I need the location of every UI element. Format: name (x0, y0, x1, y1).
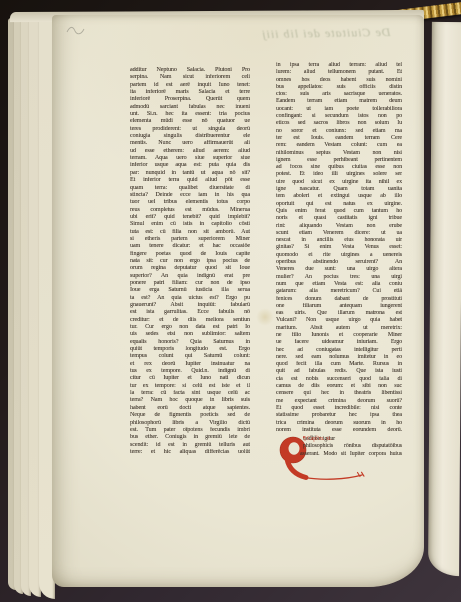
text-line: Et inferior terra quid aliud pōt esse (130, 177, 250, 184)
text-line: additur Neptuno Salacia. Plutoni Pro (130, 67, 250, 74)
text-line: operibus abstinendo seruirent? An (276, 259, 402, 266)
text-column-right: in ipsa terra aliud terram: aliud tellur… (276, 62, 402, 434)
text-line: ter est Iouis. eandem terram Cere (276, 135, 402, 142)
text-line: uis sedes etsi non sublimior: saltem (130, 331, 250, 338)
text-line: noris et quasi castitatis igni tribue (276, 215, 402, 222)
pencil-squiggle-mark (66, 25, 86, 37)
text-line: cia est nobis succenseri quod talia di (276, 376, 402, 383)
text-line: fenices donum dabant de prostituti (276, 296, 402, 303)
text-line: serpina. Nam sicut inferiorem celi (130, 74, 250, 81)
text-line: superior? An quia indignū erat pre (130, 273, 250, 280)
text-line: ubi erit? quid tenebit? quid implebit? (130, 214, 250, 221)
text-line: inferior usque aqua est: puta quia dis (130, 162, 250, 169)
text-line: camus de diis eorum: et sibi non suc (276, 383, 402, 390)
text-line: orum regina deputatur quod sit Ioue (130, 265, 250, 272)
text-line: gatarum: alia meretricum? Cui etiā (276, 288, 402, 295)
paper-stain (256, 308, 274, 326)
text-line: gnauerunt? Absit inquiūt: fabularū (130, 302, 250, 309)
text-line: tempus colunt qui Saturnū colunt: (130, 353, 250, 360)
text-line: Ioue erga Saturnū iusticia illa serua (130, 287, 250, 294)
text-line: Vulcani? Non usque uirgo quia habet (276, 317, 402, 324)
text-line: maritum. Absit autem ut meretrix: (276, 325, 402, 332)
text-line: num que etiam Vesta est: alia coniu (276, 281, 402, 288)
text-line: nere. sed eam nolumus imitetur in eo (276, 354, 402, 361)
text-line: ud esse etherem: aliud aerem: aliud (130, 148, 250, 155)
text-line: par: nunquid in tantū ut aqua nō sit? (130, 170, 250, 177)
text-line: uam tenere dicatur: et hac occasiōe (130, 243, 250, 250)
text-line: nata sit: cur non ergo ipsa pocius de (130, 258, 250, 265)
text-line: trica crimina deorum suorum in ho (276, 420, 402, 427)
text-line: creditur: et de diis meliora sentiun (130, 317, 250, 324)
text-line: rem: eandem Vestam colunt: cum ea (276, 142, 402, 149)
text-line: ta est? An quia uictus est? Ergo pu (130, 295, 250, 302)
text-line: terra? Nam hoc quoque in libris suis (130, 397, 250, 404)
text-line: Eandem terram etiam matrem deum (276, 98, 402, 105)
text-line: bus appellatos: suis officiis distin (276, 84, 402, 91)
text-line: equalis honoris? Quia Saturnus in (130, 339, 250, 346)
text-line: reus completus est mūdus. Minerua (130, 207, 250, 214)
text-line: terre: et hic aliquas differēcias uolūt (130, 449, 250, 456)
text-line: est ista garrulitas. Ecce fabulis nō (130, 309, 250, 316)
text-line: nihilominus sepius Vestam non nisi (276, 150, 402, 157)
text-line: stincta? Deinde ecce iam in his qua (130, 192, 250, 199)
text-line: oportuit qui est natus ex uirgine. (276, 201, 402, 208)
text-line: fingere poetas quod de Iouis capite (130, 251, 250, 258)
text-line: et rex deorū Iupiter insinuatur na (130, 361, 250, 368)
text-line: ue facere uideamur iniuriam. Ergo (276, 339, 402, 346)
text-line: Quis enim ferat quod cum tantum ho (276, 208, 402, 215)
text-line: hec ad coniugatas intelligitur perti (276, 347, 402, 354)
text-line: no soror et coniunx: sed etiam ma (276, 128, 402, 135)
text-line: quomodo ei rite uirgines a uenereis (276, 252, 402, 259)
text-line: tus ex tempore. Quid.n. indignū di (130, 368, 250, 375)
chapter-line-3: asserant. Modo sit Iupiter corpora huius (276, 451, 402, 458)
text-line: tuor uel tribus elementis totus corpo (130, 199, 250, 206)
right-page-fore-edge (428, 22, 461, 576)
text-line: ad focos sine quibus ciuitas esse non (276, 164, 402, 171)
chapter-rubric: ¶ Capl'm. xi. (303, 436, 332, 443)
text-line: si etheris partem superiorem Miner (130, 236, 250, 243)
text-line: quit ad fabulas redis. Que ista iusti (276, 368, 402, 375)
text-line: potest. Et ideo illi uirgines solere ser (276, 171, 402, 178)
text-line: terram. Aqua uero siue superior siue (130, 155, 250, 162)
text-line: ita inferiorē maris Salacia et terre (130, 89, 250, 96)
text-line: Simul enim cū istis in capitolio cōsti (130, 221, 250, 228)
chapter-line-1: uodlibet igitur ¶ Capl'm. xi. (276, 436, 402, 443)
text-line: coniugia singulis distribuerentur ele (130, 133, 250, 140)
text-line: confingant: si secundum istos non po (276, 113, 402, 120)
text-line: ne filio Iunonis et cooperarie Miner (276, 332, 402, 339)
text-line: citur cū Iupiter et Iuno nati dicun (130, 375, 250, 382)
text-line: omnes hos deos habent suis nomini (276, 77, 402, 84)
text-line: habent eorū docti atque sapientes. (130, 405, 250, 412)
text-line: Veneres due sunt: una uirgo altera (276, 266, 402, 273)
text-line: censere qui hec in theatris libentissi (276, 390, 402, 397)
text-line: unt. Si.n. hec ita essent: tria pocius (130, 111, 250, 118)
text-line: quiūt temporis longitudo est. Ergo (130, 346, 250, 353)
text-line: eticos sed sacros libros non solum Iu (276, 120, 402, 127)
text-line: Neque de figmentis poeticis sed de (130, 412, 250, 419)
text-line: tem aboleri et extingui usque ab illo (276, 193, 402, 200)
text-line: statissime probaretur hec ipsa thea (276, 412, 402, 419)
text-line: ginitas? Si enim Vesta Venus esset: (276, 244, 402, 251)
text-line: uire quod sicut ex uirgine ita nihil ex (276, 179, 402, 186)
text-line: bus ether. Coniugis in gremiū lete de (130, 434, 250, 441)
text-line: in ipsa terra aliud terram: aliud tel (276, 62, 402, 69)
text-line: la terra: cū facta sint usque celū ac (130, 390, 250, 397)
text-line: ignem esse perhibeant pertinentem (276, 157, 402, 164)
text-line: scunt etiam Venerem dicere: ut ua (276, 230, 402, 237)
text-line: uocant: ut iam poete tollerabiliora (276, 106, 402, 113)
showthrough-running-title: De Ciuitate dei lib iiij (238, 24, 414, 49)
text-line: partem id est aerē inquit Iuno tenet: (130, 82, 250, 89)
text-line: teres prodiderent: ut singula deorū (130, 126, 250, 133)
text-column-left: additur Neptuno Salacia. Plutoni Proserp… (130, 67, 250, 456)
text-line: elementa mūdi esse nō quatuor ue (130, 118, 250, 125)
text-line: eas uiris. Que illarum matrona est (276, 310, 402, 317)
text-line: inferiorē Proserpina. Querūt quem (130, 96, 250, 103)
text-line: tuta est: cū filia non sit amborū. Aut (130, 229, 250, 236)
text-line: igne nascatur. Quam totam uanita (276, 186, 402, 193)
text-line: Et quod esset incredibile: nisi conte (276, 405, 402, 412)
text-line: mulier? An pocius tres: una uirgi (276, 274, 402, 281)
text-line: admodū sarciant fabulas nec inueni (130, 104, 250, 111)
text-line: ctos: suis aris sacrisque ueneratos. (276, 91, 402, 98)
text-line: philosophorū libris a Virgilio dictū (130, 420, 250, 427)
text-line: me expectant crimina deorum suorū? (276, 398, 402, 405)
text-line: quam terra: qualibet diuersitate di (130, 185, 250, 192)
text-line: tur. Cur ergo non data est patri Io (130, 324, 250, 331)
text-line: scendit: id est in gremiū telluris aut (130, 442, 250, 449)
chapter-opening-block: uodlibet igitur ¶ Capl'm. xi. philosophi… (276, 436, 402, 458)
text-line: est. Tum pater oīpotens fecundis imbri (130, 427, 250, 434)
text-line: one filiarum antequam iungerent (276, 303, 402, 310)
text-line: tur ex tempore: si celū est iste et il (130, 383, 250, 390)
text-line: rint: aliquando Vestam non erube (276, 223, 402, 230)
text-line: quod fecit illa cum Marte. Rursus in (276, 361, 402, 368)
text-line: ponere patri filiam: cur non de ipso (130, 280, 250, 287)
chapter-line-2: philosophicis rōnibus disputatōibus (276, 443, 402, 450)
text-line: lurem: aliud tellumonem putant. Et (276, 69, 402, 76)
text-line: mentis. Nunc uero affirmauerūt ali (130, 140, 250, 147)
book-photograph: De Ciuitate dei lib iiij additur Neptuno… (0, 0, 461, 602)
text-line: nescat in ancillis eius honorata uir (276, 237, 402, 244)
